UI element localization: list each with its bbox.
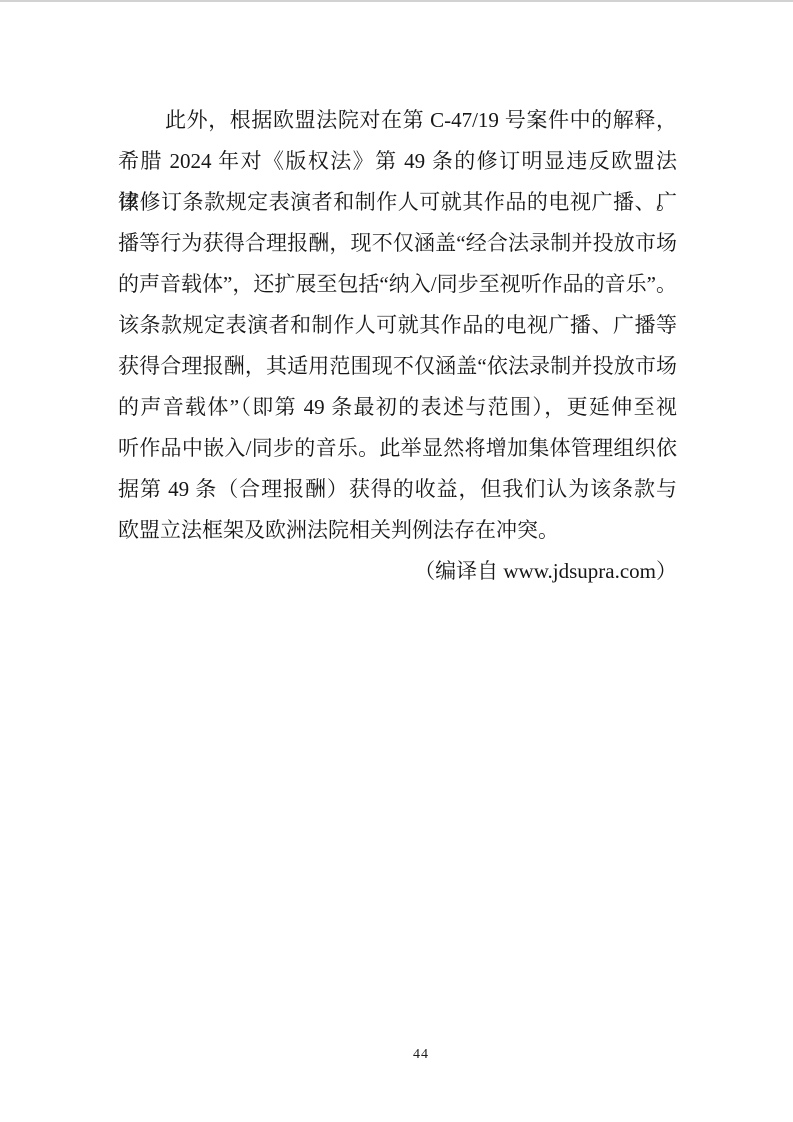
text-line: 欧盟立法框架及欧洲法院相关判例法存在冲突。 [118,510,677,551]
text-line: 此外，根据欧盟法院对在第 C-47/19 号案件中的解释， [118,100,677,141]
document-page: 此外，根据欧盟法院对在第 C-47/19 号案件中的解释， 希腊 2024 年对… [0,0,793,1122]
text-line: 听作品中嵌入/同步的音乐。此举显然将增加集体管理组织依 [118,428,677,469]
text-line: 该修订条款规定表演者和制作人可就其作品的电视广播、广 [118,182,677,223]
text-line: 获得合理报酬，其适用范围现不仅涵盖“依法录制并投放市场 [118,346,677,387]
text-line: 的声音载体”，还扩展至包括“纳入/同步至视听作品的音乐”。 [118,264,677,305]
text-line: 的声音载体”（即第 49 条最初的表述与范围），更延伸至视 [118,387,677,428]
text-line: 据第 49 条（合理报酬）获得的收益，但我们认为该条款与 [118,469,677,510]
page-edge-shadow [0,0,793,2]
text-line: 播等行为获得合理报酬，现不仅涵盖“经合法录制并投放市场 [118,223,677,264]
article-body: 此外，根据欧盟法院对在第 C-47/19 号案件中的解释， 希腊 2024 年对… [118,100,677,592]
text-line: 该条款规定表演者和制作人可就其作品的电视广播、广播等 [118,305,677,346]
page-number: 44 [413,1046,429,1064]
attribution-line: （编译自 www.jdsupra.com） [118,551,677,592]
text-line: 希腊 2024 年对《版权法》第 49 条的修订明显违反欧盟法律。 [118,141,677,182]
